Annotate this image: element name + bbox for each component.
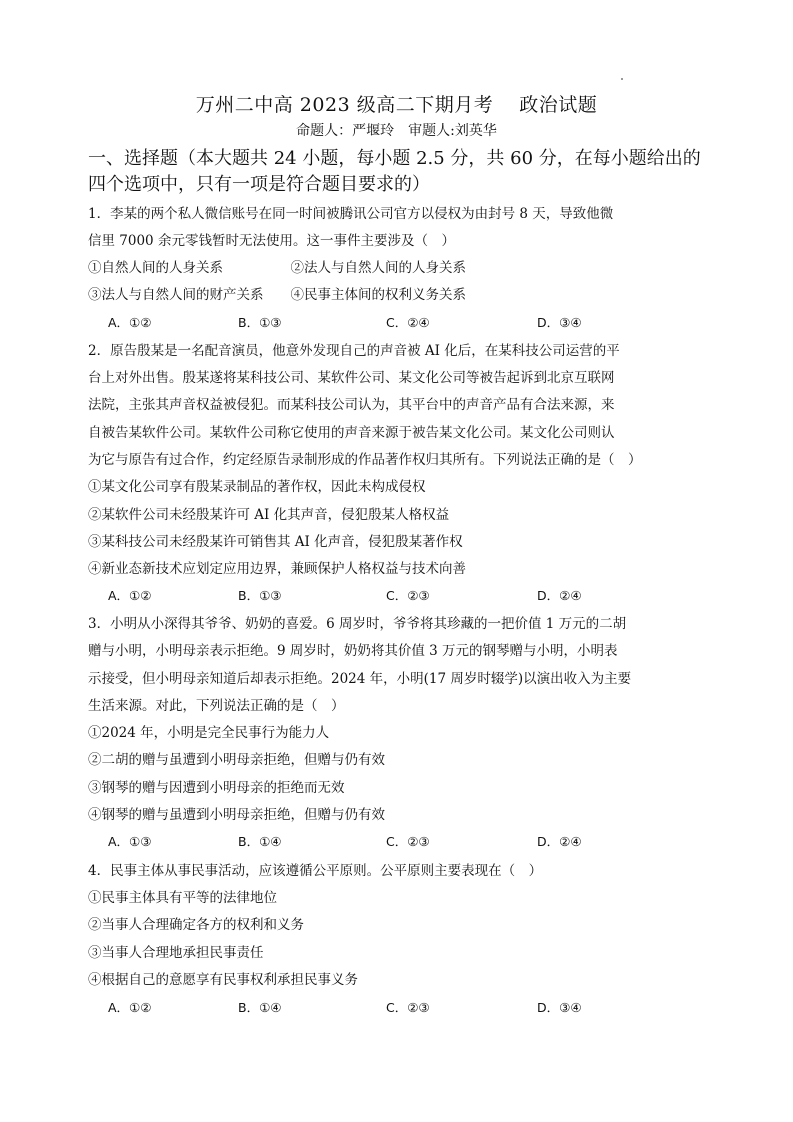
statement-line: ②当事人合理确定各方的权利和义务 xyxy=(88,913,304,933)
statement-line: ③某科技公司未经殷某许可销售其 AI 化声音，侵犯殷某著作权 xyxy=(88,530,463,550)
statement-line: ③法人与自然人间的财产关系 ④民事主体间的权利义务关系 xyxy=(88,283,466,303)
exam-page: 万州二中高 2023 级高二下期月考政治试题 命题人：严堰玲审题人:刘英华 一、… xyxy=(0,0,793,1122)
question-stem-line: 赠与小明，小明母亲表示拒绝。9 周岁时，奶奶将其价值 3 万元的钢琴赠与小明，小… xyxy=(88,639,618,659)
question-stem-line: 3．小明从小深得其爷爷、奶奶的喜爱。6 周岁时，爷爷将其珍藏的一把价值 1 万元… xyxy=(88,612,626,632)
question-stem-line: 1．李某的两个私人微信账号在同一时间被腾讯公司官方以侵权为由封号 8 天，导致他… xyxy=(88,202,613,222)
option-c[interactable]: C．②③ xyxy=(386,586,430,604)
question-setter: 命题人：严堰玲 xyxy=(296,123,394,139)
option-d[interactable]: D．③④ xyxy=(537,998,582,1016)
option-b[interactable]: B．①③ xyxy=(238,313,282,331)
option-a[interactable]: A．①③ xyxy=(108,832,151,850)
statement-line: ④新业态新技术应划定应用边界，兼顾保护人格权益与技术向善 xyxy=(88,557,466,577)
option-a[interactable]: A．①② xyxy=(108,313,151,331)
question-reviewer: 审题人:刘英华 xyxy=(408,123,497,139)
statement-line: ①2024 年，小明是完全民事行为能力人 xyxy=(88,721,329,741)
option-d[interactable]: D．②④ xyxy=(537,586,582,604)
question-stem-line: 示接受，但小明母亲知道后却表示拒绝。2024 年，小明(17 周岁时辍学)以演出… xyxy=(88,667,631,687)
option-d[interactable]: D．③④ xyxy=(537,313,582,331)
option-b[interactable]: B．①④ xyxy=(238,998,282,1016)
option-a[interactable]: A．①② xyxy=(108,586,151,604)
author-line: 命题人：严堰玲审题人:刘英华 xyxy=(0,120,793,140)
question-stem-line: 法院，主张其声音权益被侵犯。而某科技公司认为，其平台中的声音产品有合法来源，来 xyxy=(88,393,615,413)
exam-subject: 政治试题 xyxy=(519,94,597,116)
scan-mark xyxy=(621,78,623,80)
option-c[interactable]: C．②③ xyxy=(386,832,430,850)
statement-line: ①某文化公司享有殷某录制品的著作权，因此未构成侵权 xyxy=(88,475,426,495)
statement-line: ③钢琴的赠与因遭到小明母亲的拒绝而无效 xyxy=(88,776,345,796)
statement-line: ②某软件公司未经殷某许可 AI 化其声音，侵犯殷某人格权益 xyxy=(88,503,449,523)
statement-line: ①自然人间的人身关系 ②法人与自然人间的人身关系 xyxy=(88,256,466,276)
statement-line: ④根据自己的意愿享有民事权利承担民事义务 xyxy=(88,968,358,988)
option-d[interactable]: D．②④ xyxy=(537,832,582,850)
option-b[interactable]: B．①③ xyxy=(238,586,282,604)
statement-line: ①民事主体具有平等的法律地位 xyxy=(88,886,277,906)
page-title: 万州二中高 2023 级高二下期月考政治试题 xyxy=(0,90,793,117)
question-stem-line: 2．原告殷某是一名配音演员，他意外发现自己的声音被 AI 化后，在某科技公司运营… xyxy=(88,339,620,359)
question-stem-line: 台上对外出售。殷某遂将某科技公司、某软件公司、某文化公司等被告起诉到北京互联网 xyxy=(88,366,615,386)
question-stem-line: 4．民事主体从事民事活动，应该遵循公平原则。公平原则主要表现在（ ） xyxy=(88,859,542,879)
question-stem-line: 自被告某软件公司。某软件公司称它使用的声音来源于被告某文化公司。某文化公司则认 xyxy=(88,421,615,441)
section-heading: 一、选择题（本大题共 24 小题，每小题 2.5 分，共 60 分，在每小题给出… xyxy=(88,146,718,198)
option-c[interactable]: C．②③ xyxy=(386,998,430,1016)
question-stem-line: 为它与原告有过合作，约定经原告录制形成的作品著作权归其所有。下列说法正确的是（ … xyxy=(88,448,642,468)
option-c[interactable]: C．②④ xyxy=(386,313,430,331)
option-a[interactable]: A．①② xyxy=(108,998,151,1016)
question-stem-line: 生活来源。对此，下列说法正确的是（ ） xyxy=(88,694,345,714)
statement-line: ④钢琴的赠与虽遭到小明母亲拒绝，但赠与仍有效 xyxy=(88,803,385,823)
question-stem-line: 信里 7000 余元零钱暂时无法使用。这一事件主要涉及（ ） xyxy=(88,229,455,249)
option-b[interactable]: B．①④ xyxy=(238,832,282,850)
statement-line: ②二胡的赠与虽遭到小明母亲拒绝，但赠与仍有效 xyxy=(88,748,385,768)
statement-line: ③当事人合理地承担民事责任 xyxy=(88,941,264,961)
exam-title: 万州二中高 2023 级高二下期月考 xyxy=(196,94,493,116)
